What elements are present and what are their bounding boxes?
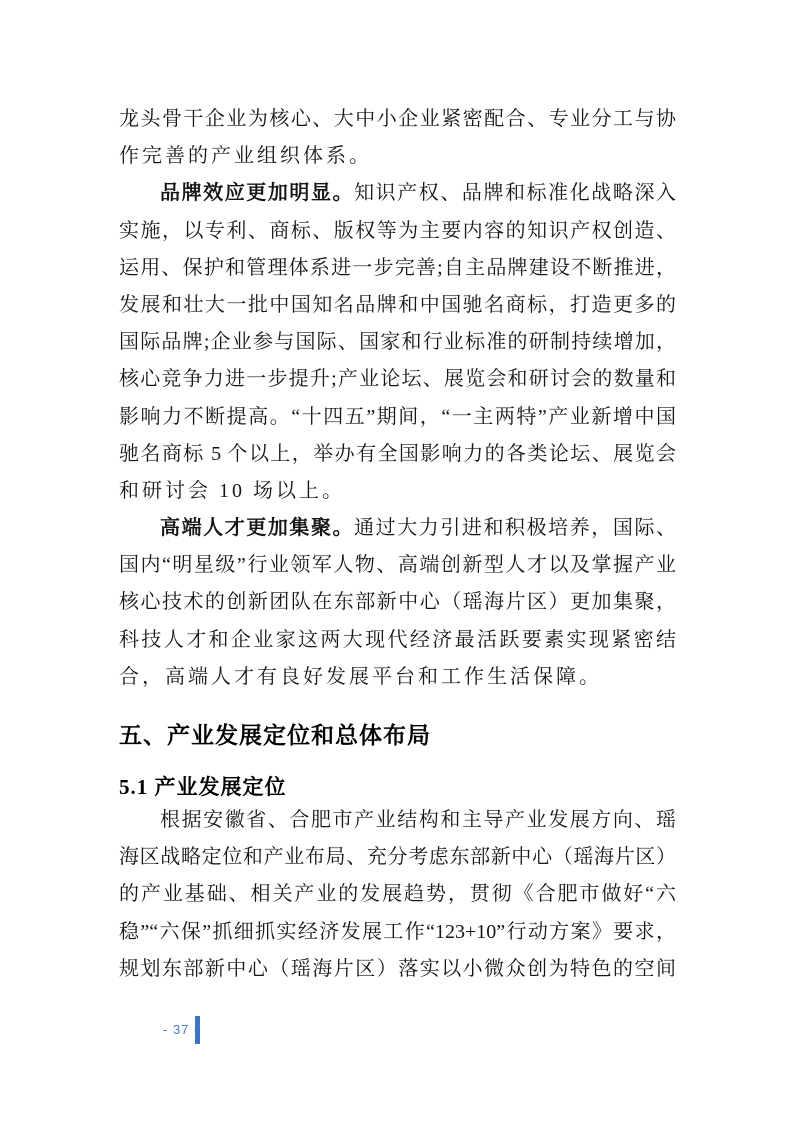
line-text: 知识产权、品牌和标准化战略深入: [354, 182, 676, 204]
text-line: 科技人才和企业家这两大现代经济最活跃要素实现紧密结: [119, 622, 676, 659]
line-text: 核心竞争力进一步提升;产业论坛、展览会和研讨会的数量和: [119, 368, 676, 390]
footer-page-number: - 37 -: [163, 1020, 199, 1040]
document-content: 龙头骨干企业为核心、大中小企业紧密配合、专业分工与协作完善的产业组织体系。品牌效…: [119, 101, 676, 988]
line-text: 作完善的产业组织体系。: [119, 145, 372, 167]
line-text: 规划东部新中心（瑶海片区）落实以小微众创为特色的空间: [119, 958, 676, 980]
line-text: 稳”“六保”抓细抓实经济发展工作“123+10”行动方案》要求，: [119, 921, 676, 943]
line-text: 根据安徽省、合肥市产业结构和主导产业发展方向、瑶: [160, 809, 676, 831]
text-line: 规划东部新中心（瑶海片区）落实以小微众创为特色的空间: [119, 951, 676, 988]
line-text: 的产业基础、相关产业的发展趋势，贯彻《合肥市做好“六: [119, 883, 676, 905]
text-line: 发展和壮大一批中国知名品牌和中国驰名商标，打造更多的: [119, 287, 676, 324]
text-line: 高端人才更加集聚。通过大力引进和积极培养，国际、: [119, 510, 676, 547]
section-heading: 五、产业发展定位和总体布局: [119, 720, 676, 750]
line-text: 驰名商标 5 个以上，举办有全国影响力的各类论坛、展览会: [119, 443, 676, 465]
text-line: 国内“明星级”行业领军人物、高端创新型人才以及掌握产业: [119, 547, 676, 584]
text-line: 驰名商标 5 个以上，举办有全国影响力的各类论坛、展览会: [119, 436, 676, 473]
line-text: 通过大力引进和积极培养，国际、: [354, 517, 676, 539]
text-line: 作完善的产业组织体系。: [119, 138, 676, 175]
text-line: 影响力不断提高。“十四五”期间，“一主两特”产业新增中国: [119, 399, 676, 436]
text-caret: [195, 1016, 200, 1044]
text-line: 合，高端人才有良好发展平台和工作生活保障。: [119, 659, 676, 696]
line-text: 实施，以专利、商标、版权等为主要内容的知识产权创造、: [119, 220, 676, 242]
bold-lead-text: 品牌效应更加明显。: [160, 182, 354, 204]
text-line: 运用、保护和管理体系进一步完善;自主品牌建设不断推进，: [119, 250, 676, 287]
text-line: 核心竞争力进一步提升;产业论坛、展览会和研讨会的数量和: [119, 361, 676, 398]
line-text: 国内“明星级”行业领军人物、高端创新型人才以及掌握产业: [119, 554, 676, 576]
text-line: 品牌效应更加明显。知识产权、品牌和标准化战略深入: [119, 175, 676, 212]
line-text: 海区战略定位和产业布局、充分考虑东部新中心（瑶海片区）: [119, 846, 676, 868]
line-text: 和研讨会 10 场以上。: [119, 480, 345, 502]
text-line: 龙头骨干企业为核心、大中小企业紧密配合、专业分工与协: [119, 101, 676, 138]
line-text: 科技人才和企业家这两大现代经济最活跃要素实现紧密结: [119, 629, 676, 651]
line-text: 运用、保护和管理体系进一步完善;自主品牌建设不断推进，: [119, 257, 676, 279]
line-text: 发展和壮大一批中国知名品牌和中国驰名商标，打造更多的: [119, 294, 676, 316]
subsection-heading: 5.1 产业发展定位: [119, 772, 676, 802]
document-page[interactable]: 龙头骨干企业为核心、大中小企业紧密配合、专业分工与协作完善的产业组织体系。品牌效…: [0, 0, 793, 1122]
text-line: 根据安徽省、合肥市产业结构和主导产业发展方向、瑶: [119, 802, 676, 839]
line-text: 影响力不断提高。“十四五”期间，“一主两特”产业新增中国: [119, 406, 676, 428]
text-line: 海区战略定位和产业布局、充分考虑东部新中心（瑶海片区）: [119, 839, 676, 876]
line-text: 龙头骨干企业为核心、大中小企业紧密配合、专业分工与协: [119, 108, 676, 130]
text-line: 实施，以专利、商标、版权等为主要内容的知识产权创造、: [119, 213, 676, 250]
text-line: 的产业基础、相关产业的发展趋势，贯彻《合肥市做好“六: [119, 876, 676, 913]
text-line: 核心技术的创新团队在东部新中心（瑶海片区）更加集聚，: [119, 584, 676, 621]
line-text: 核心技术的创新团队在东部新中心（瑶海片区）更加集聚，: [119, 591, 676, 613]
line-text: 国际品牌;企业参与国际、国家和行业标准的研制持续增加，: [119, 331, 676, 353]
text-line: 国际品牌;企业参与国际、国家和行业标准的研制持续增加，: [119, 324, 676, 361]
text-line: 稳”“六保”抓细抓实经济发展工作“123+10”行动方案》要求，: [119, 914, 676, 951]
bold-lead-text: 高端人才更加集聚。: [160, 517, 354, 539]
text-line: 和研讨会 10 场以上。: [119, 473, 676, 510]
line-text: 合，高端人才有良好发展平台和工作生活保障。: [119, 666, 602, 688]
